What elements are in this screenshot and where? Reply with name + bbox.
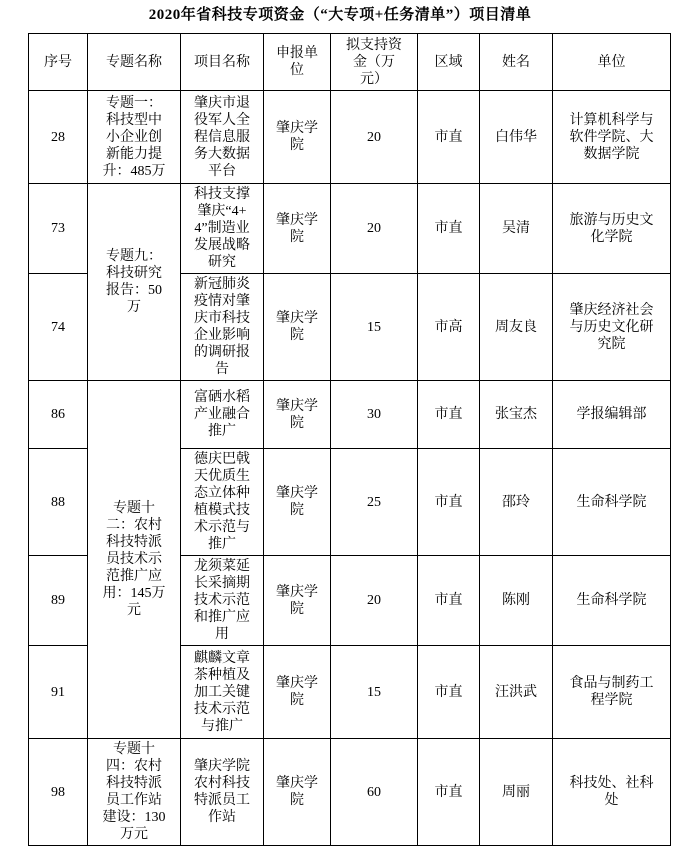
cell-person: 白伟华 xyxy=(480,91,553,184)
cell-applicant: 肇庆学院 xyxy=(264,556,331,646)
cell-person: 汪洪武 xyxy=(480,646,553,739)
cell-person: 周友良 xyxy=(480,274,553,381)
cell-seq: 86 xyxy=(29,381,88,449)
cell-amount: 20 xyxy=(331,556,418,646)
cell-applicant: 肇庆学院 xyxy=(264,449,331,556)
cell-seq: 98 xyxy=(29,739,88,846)
cell-amount: 25 xyxy=(331,449,418,556)
header-amount: 拟支持资金（万元） xyxy=(331,34,418,91)
cell-seq: 91 xyxy=(29,646,88,739)
cell-applicant: 肇庆学院 xyxy=(264,184,331,274)
cell-topic: 专题一：科技型中小企业创新能力提升：485万 xyxy=(88,91,181,184)
header-project: 项目名称 xyxy=(181,34,264,91)
cell-project: 龙须菜延长采摘期技术示范和推广应用 xyxy=(181,556,264,646)
cell-project: 肇庆学院农村科技特派员工作站 xyxy=(181,739,264,846)
cell-region: 市直 xyxy=(418,556,480,646)
cell-applicant: 肇庆学院 xyxy=(264,381,331,449)
document-page: 2020年省科技专项资金（“大专项+任务清单”）项目清单 序号 专题名称 项目名… xyxy=(0,0,680,842)
header-person: 姓名 xyxy=(480,34,553,91)
cell-person: 周丽 xyxy=(480,739,553,846)
cell-region: 市直 xyxy=(418,184,480,274)
cell-project: 德庆巴戟天优质生态立体种植模式技术示范与推广 xyxy=(181,449,264,556)
cell-seq: 73 xyxy=(29,184,88,274)
cell-seq: 28 xyxy=(29,91,88,184)
cell-amount: 20 xyxy=(331,184,418,274)
header-applicant: 申报单位 xyxy=(264,34,331,91)
header-unit: 单位 xyxy=(553,34,671,91)
cell-unit: 生命科学院 xyxy=(553,556,671,646)
project-fund-table: 序号 专题名称 项目名称 申报单位 拟支持资金（万元） 区域 姓名 单位 28 … xyxy=(28,33,671,846)
header-seq: 序号 xyxy=(29,34,88,91)
cell-amount: 15 xyxy=(331,274,418,381)
cell-project: 科技支撑肇庆“4+4”制造业发展战略研究 xyxy=(181,184,264,274)
table-row: 86 专题十二：农村科技特派员技术示范推广应用：145万元 富硒水稻产业融合推广… xyxy=(29,381,671,449)
cell-topic: 专题十四：农村科技特派员工作站建设：130万元 xyxy=(88,739,181,846)
cell-unit: 学报编辑部 xyxy=(553,381,671,449)
cell-project: 肇庆市退役军人全程信息服务大数据平台 xyxy=(181,91,264,184)
cell-unit: 生命科学院 xyxy=(553,449,671,556)
header-topic: 专题名称 xyxy=(88,34,181,91)
cell-applicant: 肇庆学院 xyxy=(264,274,331,381)
cell-applicant: 肇庆学院 xyxy=(264,91,331,184)
cell-person: 陈刚 xyxy=(480,556,553,646)
cell-amount: 60 xyxy=(331,739,418,846)
cell-person: 邵玲 xyxy=(480,449,553,556)
cell-seq: 88 xyxy=(29,449,88,556)
cell-unit: 食品与制药工程学院 xyxy=(553,646,671,739)
table-row: 28 专题一：科技型中小企业创新能力提升：485万 肇庆市退役军人全程信息服务大… xyxy=(29,91,671,184)
table-row: 73 专题九：科技研究报告：50万 科技支撑肇庆“4+4”制造业发展战略研究 肇… xyxy=(29,184,671,274)
cell-project: 麒麟文章茶种植及加工关键技术示范与推广 xyxy=(181,646,264,739)
cell-region: 市直 xyxy=(418,739,480,846)
cell-region: 市直 xyxy=(418,91,480,184)
cell-applicant: 肇庆学院 xyxy=(264,739,331,846)
header-region: 区域 xyxy=(418,34,480,91)
cell-person: 吴清 xyxy=(480,184,553,274)
table-header-row: 序号 专题名称 项目名称 申报单位 拟支持资金（万元） 区域 姓名 单位 xyxy=(29,34,671,91)
cell-seq: 74 xyxy=(29,274,88,381)
cell-region: 市高 xyxy=(418,274,480,381)
cell-unit: 计算机科学与软件学院、大数据学院 xyxy=(553,91,671,184)
cell-region: 市直 xyxy=(418,381,480,449)
cell-unit: 科技处、社科处 xyxy=(553,739,671,846)
page-title: 2020年省科技专项资金（“大专项+任务清单”）项目清单 xyxy=(0,3,680,24)
cell-project: 新冠肺炎疫情对肇庆市科技企业影响的调研报告 xyxy=(181,274,264,381)
cell-applicant: 肇庆学院 xyxy=(264,646,331,739)
cell-amount: 20 xyxy=(331,91,418,184)
cell-topic-merged: 专题十二：农村科技特派员技术示范推广应用：145万元 xyxy=(88,381,181,739)
cell-unit: 旅游与历史文化学院 xyxy=(553,184,671,274)
cell-seq: 89 xyxy=(29,556,88,646)
cell-project: 富硒水稻产业融合推广 xyxy=(181,381,264,449)
cell-topic-merged: 专题九：科技研究报告：50万 xyxy=(88,184,181,381)
table-row: 98 专题十四：农村科技特派员工作站建设：130万元 肇庆学院农村科技特派员工作… xyxy=(29,739,671,846)
cell-amount: 30 xyxy=(331,381,418,449)
cell-region: 市直 xyxy=(418,449,480,556)
cell-amount: 15 xyxy=(331,646,418,739)
cell-person: 张宝杰 xyxy=(480,381,553,449)
cell-region: 市直 xyxy=(418,646,480,739)
cell-unit: 肇庆经济社会与历史文化研究院 xyxy=(553,274,671,381)
